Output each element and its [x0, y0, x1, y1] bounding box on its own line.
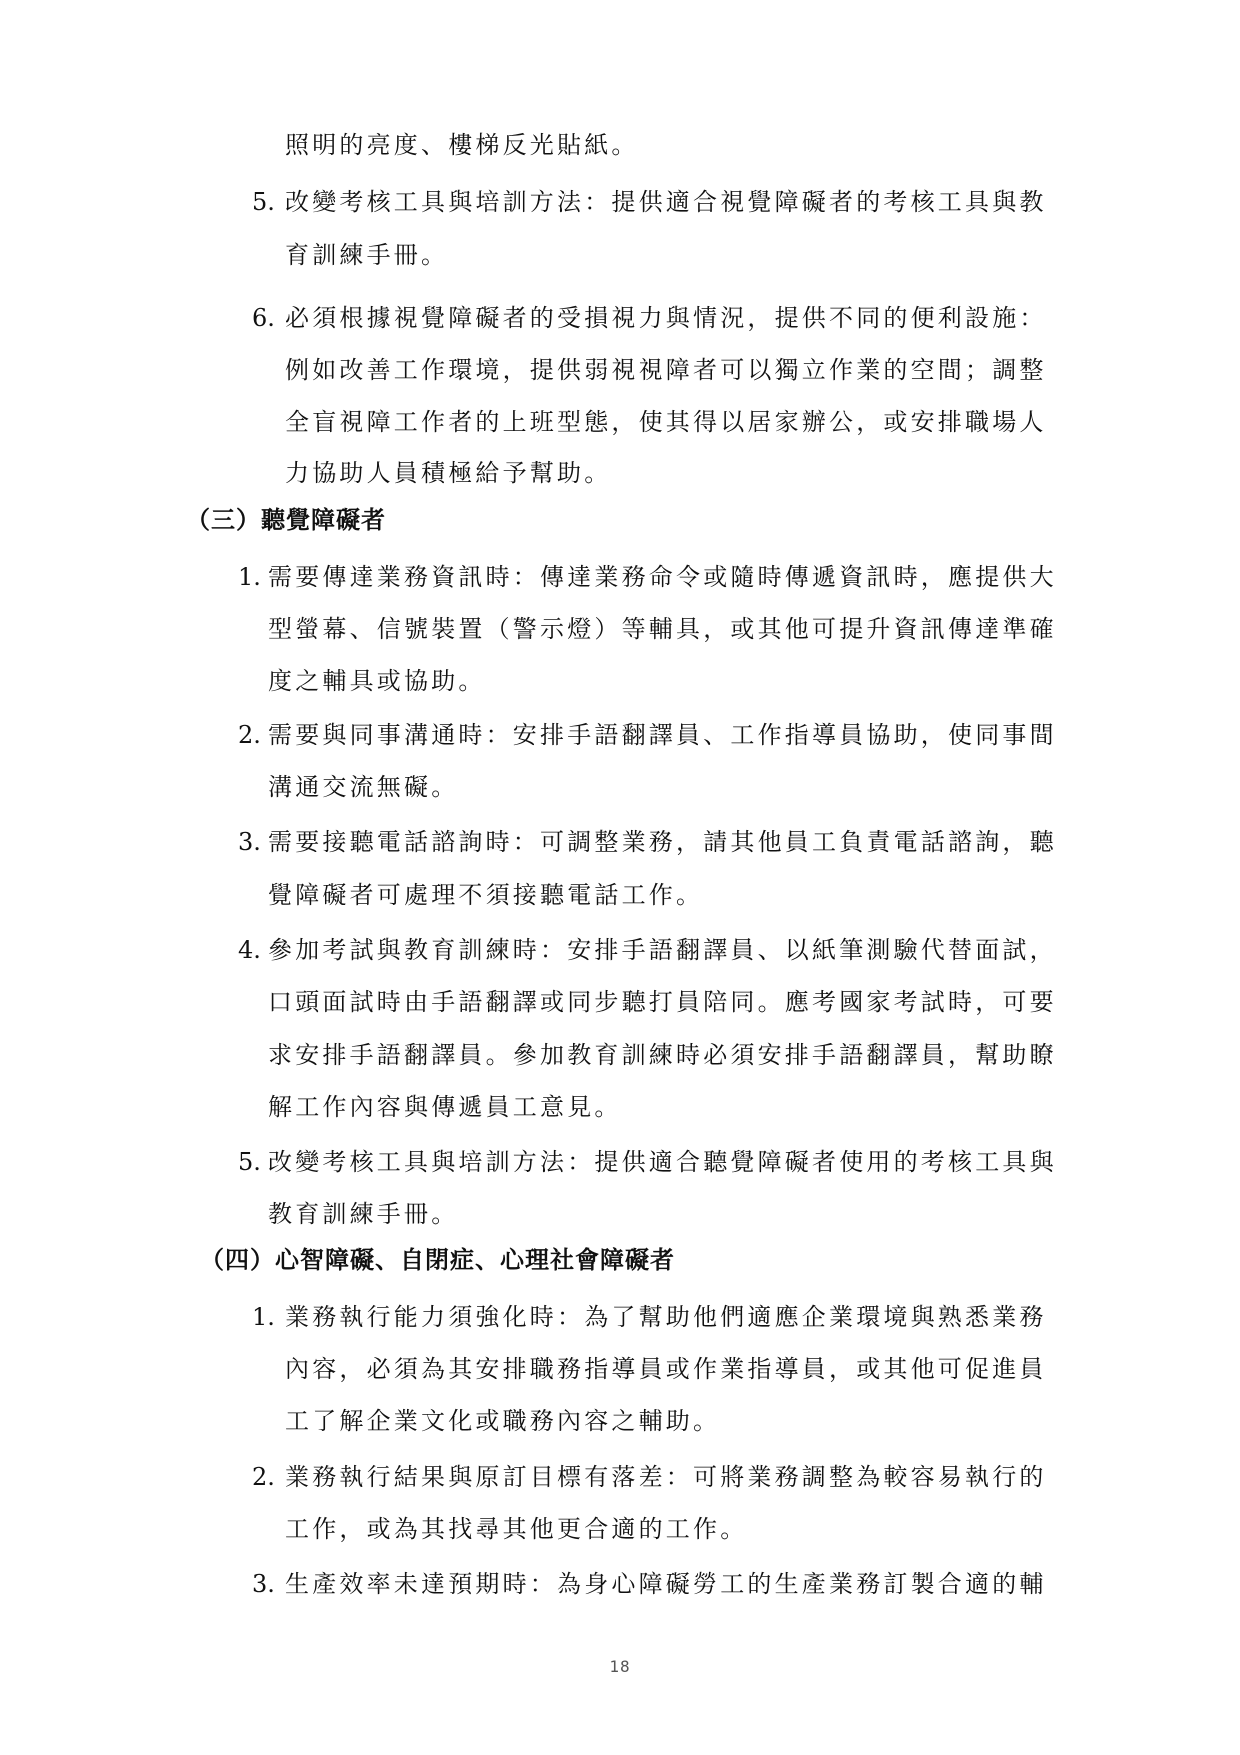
list-item-line: 溝通交流無礙。	[268, 772, 458, 802]
list-item-line: 解工作內容與傳遞員工意見。	[268, 1092, 622, 1122]
item-number: 3.	[252, 1569, 285, 1599]
list-item-line: 例如改善工作環境，提供弱視視障者可以獨立作業的空間；調整	[285, 355, 1047, 385]
list-item-line: 工了解企業文化或職務內容之輔助。	[285, 1406, 720, 1436]
item-number: 4.	[238, 935, 268, 965]
list-item-line: 育訓練手冊。	[285, 240, 448, 270]
list-item-line: 工作，或為其找尋其他更合適的工作。	[285, 1514, 747, 1544]
page-number: 18	[0, 1657, 1240, 1676]
list-item-line: 求安排手語翻譯員。參加教育訓練時必須安排手語翻譯員，幫助瞭	[268, 1040, 1057, 1070]
item-number: 5.	[252, 187, 285, 217]
list-item-line: 覺障礙者可處理不須接聽電話工作。	[268, 880, 703, 910]
item-text: 需要與同事溝通時：安排手語翻譯員、工作指導員協助，使同事間	[268, 721, 1057, 749]
list-item-line: 2.業務執行結果與原訂目標有落差：可將業務調整為較容易執行的	[252, 1462, 1047, 1492]
item-text: 需要接聽電話諮詢時：可調整業務，請其他員工負責電話諮詢，聽	[268, 828, 1057, 856]
list-item-line: 內容，必須為其安排職務指導員或作業指導員，或其他可促進員	[285, 1354, 1047, 1384]
list-item-line: 力協助人員積極給予幫助。	[285, 458, 611, 488]
item-text: 需要傳達業務資訊時：傳達業務命令或隨時傳遞資訊時，應提供大	[268, 563, 1057, 591]
item-number: 1.	[238, 562, 268, 592]
item-number: 1.	[252, 1302, 285, 1332]
list-item-line: 口頭面試時由手語翻譯或同步聽打員陪同。應考國家考試時，可要	[268, 987, 1057, 1017]
list-item-line: 5.改變考核工具與培訓方法：提供適合聽覺障礙者使用的考核工具與	[238, 1147, 1057, 1177]
item-number: 2.	[252, 1462, 285, 1492]
section-heading: （三）聽覺障礙者	[186, 505, 386, 535]
paragraph-line: 照明的亮度、樓梯反光貼紙。	[285, 130, 639, 160]
item-number: 6.	[252, 303, 285, 333]
list-item-line: 5.改變考核工具與培訓方法：提供適合視覺障礙者的考核工具與教	[252, 187, 1047, 217]
list-item-line: 型螢幕、信號裝置（警示燈）等輔具，或其他可提升資訊傳達準確	[268, 614, 1057, 644]
item-text: 改變考核工具與培訓方法：提供適合視覺障礙者的考核工具與教	[285, 188, 1047, 216]
item-number: 2.	[238, 720, 268, 750]
list-item-line: 2.需要與同事溝通時：安排手語翻譯員、工作指導員協助，使同事間	[238, 720, 1057, 750]
list-item-line: 1.需要傳達業務資訊時：傳達業務命令或隨時傳遞資訊時，應提供大	[238, 562, 1057, 592]
list-item-line: 6.必須根據視覺障礙者的受損視力與情況，提供不同的便利設施：	[252, 303, 1047, 333]
list-item-line: 1.業務執行能力須強化時：為了幫助他們適應企業環境與熟悉業務	[252, 1302, 1047, 1332]
item-number: 5.	[238, 1147, 268, 1177]
item-text: 必須根據視覺障礙者的受損視力與情況，提供不同的便利設施：	[285, 304, 1047, 332]
item-text: 業務執行結果與原訂目標有落差：可將業務調整為較容易執行的	[285, 1463, 1047, 1491]
list-item-line: 教育訓練手冊。	[268, 1199, 458, 1229]
item-text: 參加考試與教育訓練時：安排手語翻譯員、以紙筆測驗代替面試，	[268, 936, 1057, 964]
section-heading: （四）心智障礙、自閉症、心理社會障礙者	[200, 1245, 675, 1275]
list-item-line: 全盲視障工作者的上班型態，使其得以居家辦公，或安排職場人	[285, 407, 1047, 437]
list-item-line: 3.需要接聽電話諮詢時：可調整業務，請其他員工負責電話諮詢，聽	[238, 827, 1057, 857]
list-item-line: 3.生產效率未達預期時：為身心障礙勞工的生產業務訂製合適的輔	[252, 1569, 1047, 1599]
list-item-line: 度之輔具或協助。	[268, 666, 486, 696]
item-text: 改變考核工具與培訓方法：提供適合聽覺障礙者使用的考核工具與	[268, 1148, 1057, 1176]
item-text: 生產效率未達預期時：為身心障礙勞工的生產業務訂製合適的輔	[285, 1570, 1047, 1598]
item-number: 3.	[238, 827, 268, 857]
item-text: 業務執行能力須強化時：為了幫助他們適應企業環境與熟悉業務	[285, 1303, 1047, 1331]
list-item-line: 4.參加考試與教育訓練時：安排手語翻譯員、以紙筆測驗代替面試，	[238, 935, 1057, 965]
